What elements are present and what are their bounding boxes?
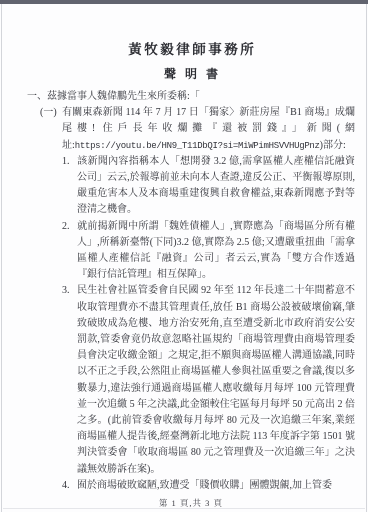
item-2-marker: 2. bbox=[62, 219, 77, 235]
paragraph-item-2: 2.就前揭新聞中所謂「魏姓債權人」,實際應為「商場區分所有權人」,所稱新臺幣(下… bbox=[62, 219, 355, 284]
item-2-text: 就前揭新聞中所謂「魏姓債權人」,實際應為「商場區分所有權人」,所稱新臺幣(下同)… bbox=[77, 221, 355, 281]
firm-title: 黃牧毅律師事務所 bbox=[27, 38, 355, 58]
paragraph-item-1: 1.該新聞內容指稱本人「想開發 3.2 億,需拿區權人產權信託融資公司」云云,於… bbox=[62, 154, 355, 219]
item-1-text: 該新聞內容指稱本人「想開發 3.2 億,需拿區權人產權信託融資公司」云云,於報導… bbox=[77, 156, 355, 216]
item-1-marker: 1. bbox=[62, 154, 77, 170]
intro-text: 茲據當事人魏偉鵬先生來所委稱:「 bbox=[47, 91, 200, 102]
paragraph-news-reference: (一)有關東森新聞 114 年 7 月 17 日「獨家〉新莊房屋『B1 商場』成… bbox=[40, 105, 355, 154]
scan-edge-left bbox=[1, 4, 2, 512]
intro-marker: 一、 bbox=[27, 91, 47, 102]
page-number: 第 1 頁,共 3 頁 bbox=[27, 497, 355, 509]
paragraph-item-4: 4.囿於商場破敗窳陋,致遭受「賤價收購」團體覬覦,加上管委 bbox=[62, 478, 355, 494]
paragraph-intro: 一、茲據當事人魏偉鵬先生來所委稱:「 bbox=[27, 89, 355, 105]
document-title: 聲明書 bbox=[27, 65, 355, 82]
youtube-url-text: https://youtu.be/HN9_T11DbQI?si=MiWPimHS… bbox=[75, 141, 320, 151]
news-reference-marker: (一) bbox=[40, 105, 62, 121]
item-4-text: 囿於商場破敗窳陋,致遭受「賤價收購」團體覬覦,加上管委 bbox=[77, 480, 332, 491]
document-page: 黃牧毅律師事務所 聲明書 一、茲據當事人魏偉鵬先生來所委稱:「 (一)有關東森新… bbox=[3, 4, 365, 512]
scanned-page: 黃牧毅律師事務所 聲明書 一、茲據當事人魏偉鵬先生來所委稱:「 (一)有關東森新… bbox=[0, 0, 368, 512]
news-reference-text-after: )部分: bbox=[320, 140, 346, 151]
item-4-marker: 4. bbox=[62, 478, 77, 494]
document-body: 一、茲據當事人魏偉鵬先生來所委稱:「 (一)有關東森新聞 114 年 7 月 1… bbox=[27, 89, 355, 494]
item-3-marker: 3. bbox=[62, 283, 77, 299]
paragraph-item-3: 3.民生社會社區管委會自民國 92 年至 112 年長達二十年間蓄意不收取管理費… bbox=[62, 283, 355, 477]
item-3-text: 民生社會社區管委會自民國 92 年至 112 年長達二十年間蓄意不收取管理費亦不… bbox=[77, 285, 355, 474]
scan-edge-right bbox=[366, 4, 367, 512]
